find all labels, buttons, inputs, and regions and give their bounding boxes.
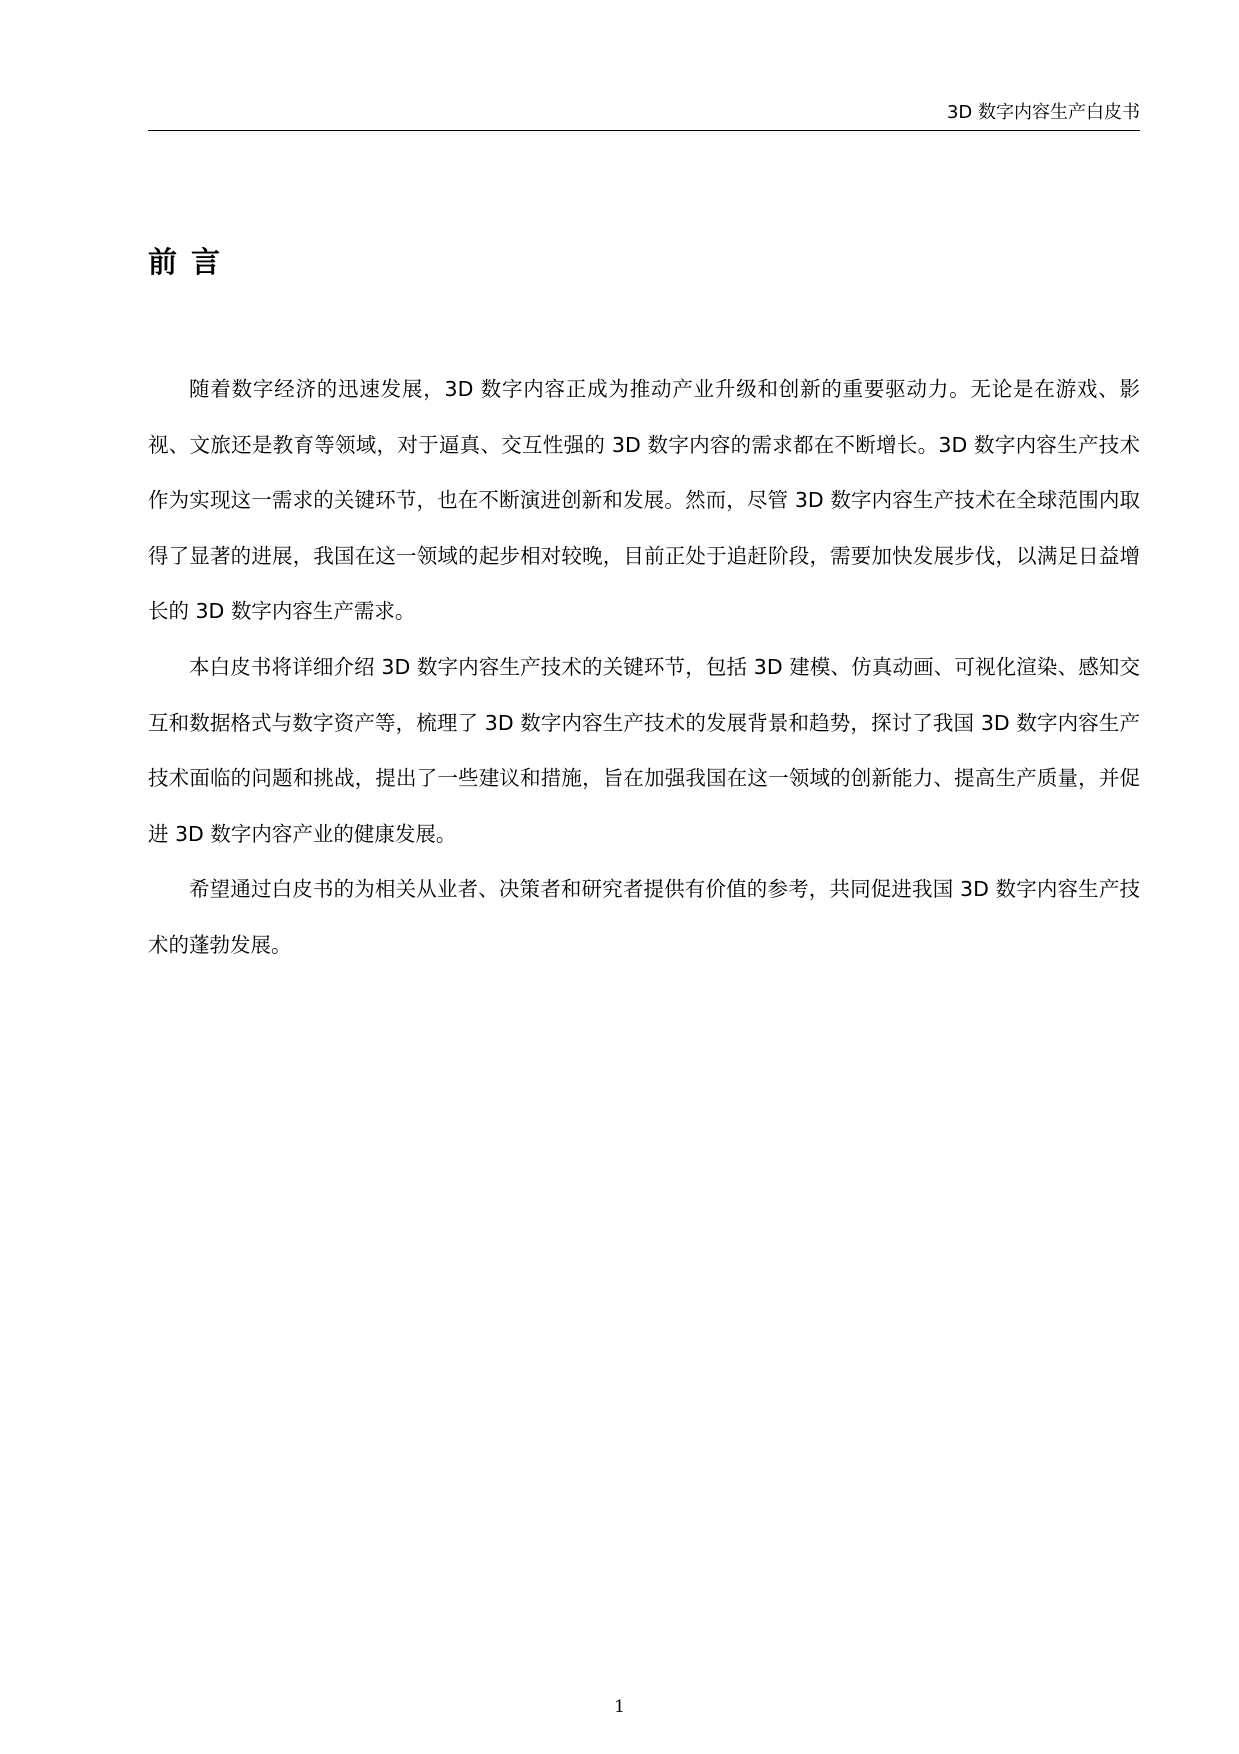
section-title: 前言 bbox=[148, 244, 234, 280]
paragraph-purpose: 希望通过白皮书的为相关从业者、决策者和研究者提供有价值的参考，共同促进我国 3D… bbox=[148, 862, 1140, 973]
page-header: 3D 数字内容生产白皮书 bbox=[148, 96, 1140, 131]
paragraph-scope: 本白皮书将详细介绍 3D 数字内容生产技术的关键环节，包括 3D 建模、仿真动画… bbox=[148, 640, 1140, 862]
paragraph-intro: 随着数字经济的迅速发展，3D 数字内容正成为推动产业升级和创新的重要驱动力。无论… bbox=[148, 362, 1140, 640]
body-text: 随着数字经济的迅速发展，3D 数字内容正成为推动产业升级和创新的重要驱动力。无论… bbox=[148, 362, 1140, 974]
running-header-title: 3D 数字内容生产白皮书 bbox=[947, 102, 1140, 124]
page-number: 1 bbox=[0, 1696, 1239, 1718]
